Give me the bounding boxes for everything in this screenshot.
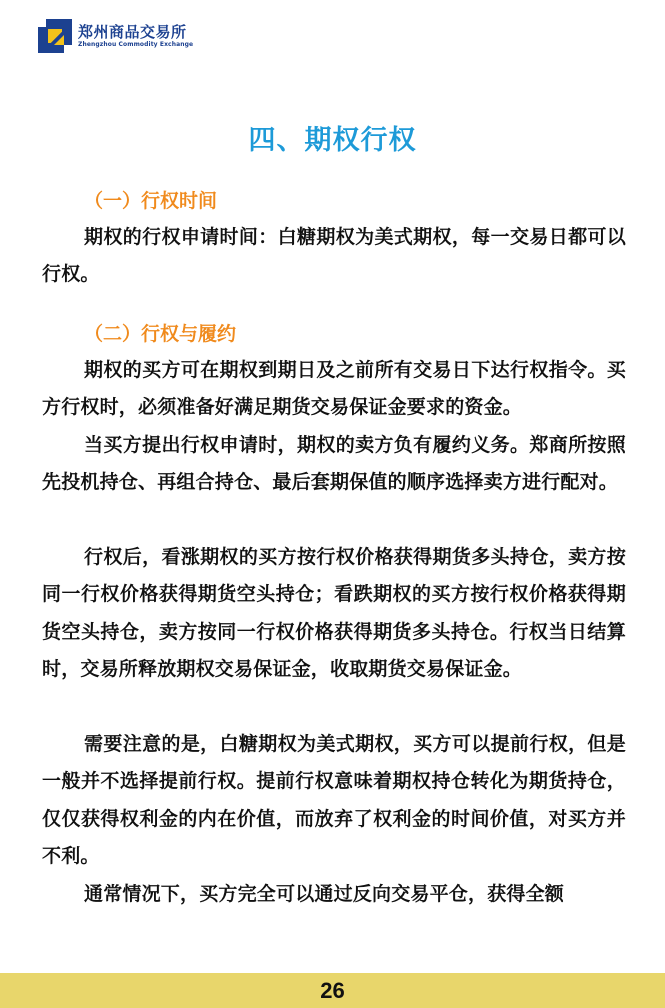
page-number: 26 <box>320 978 344 1004</box>
paragraph: 期权的买方可在期权到期日及之前所有交易日下达行权指令。买方行权时，必须准备好满足… <box>42 352 626 427</box>
paragraph: 需要注意的是，白糖期权为美式期权，买方可以提前行权，但是一般并不选择提前行权。提… <box>42 726 626 875</box>
paragraph: 当买方提出行权申请时，期权的卖方负有履约义务。郑商所按照先投机持仓、再组合持仓、… <box>42 427 626 502</box>
section-heading-exercise-time: （一）行权时间 <box>84 189 217 213</box>
paragraph: 行权后，看涨期权的买方按行权价格获得期货多头持仓，卖方按同一行权价格获得期货空头… <box>42 539 626 688</box>
section-heading-exercise-performance: （二）行权与履约 <box>84 322 236 346</box>
exchange-logo-text: 郑州商品交易所 Zhengzhou Commodity Exchange <box>78 24 193 49</box>
footer-band: 26 <box>0 973 665 1008</box>
exchange-logo-icon <box>38 19 72 53</box>
paragraph: 通常情况下，买方完全可以通过反向交易平仓，获得全额 <box>42 876 626 913</box>
paragraph: 期权的行权申请时间：白糖期权为美式期权，每一交易日都可以行权。 <box>42 219 626 294</box>
exchange-header: 郑州商品交易所 Zhengzhou Commodity Exchange <box>38 18 193 54</box>
logo-english-name: Zhengzhou Commodity Exchange <box>78 41 193 49</box>
logo-chinese-name: 郑州商品交易所 <box>78 24 193 41</box>
chapter-title: 四、期权行权 <box>0 118 665 157</box>
